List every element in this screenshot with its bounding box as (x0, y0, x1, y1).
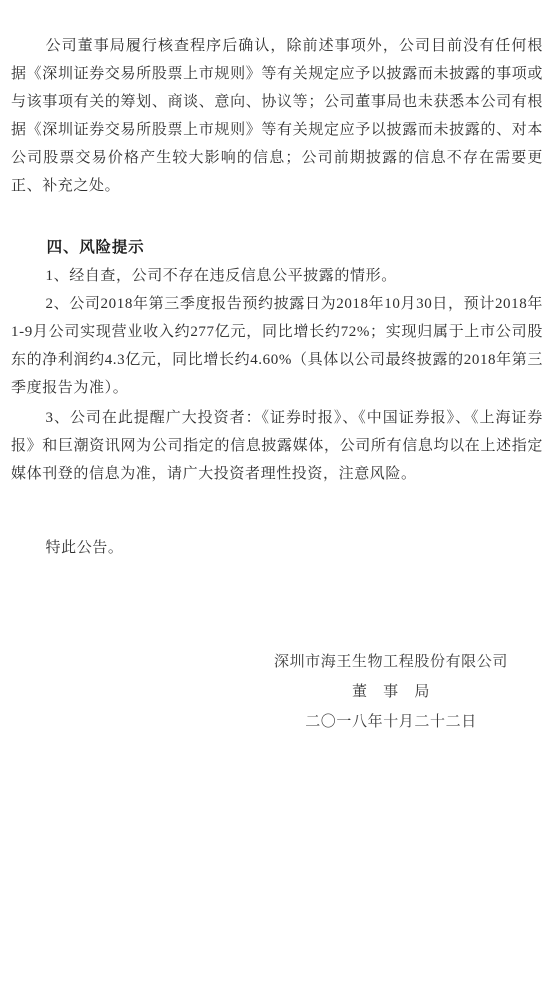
risk-item-3: 3、公司在此提醒广大投资者：《证券时报》、《中国证券报》、《上海证券报》和巨潮资… (11, 404, 543, 488)
signature-block: 深圳市海王生物工程股份有限公司 董 事 局 二〇一八年十月二十二日 (266, 647, 516, 737)
closing-statement: 特此公告。 (11, 534, 543, 562)
signature-board-name: 董 事 局 (266, 677, 516, 707)
risk-section-heading: 四、风险提示 (11, 234, 543, 262)
announcement-page: 公司董事局履行核查程序后确认，除前述事项外，公司目前没有任何根据《深圳证券交易所… (0, 0, 552, 1000)
signature-company-name: 深圳市海王生物工程股份有限公司 (266, 647, 516, 677)
risk-item-2: 2、公司2018年第三季度报告预约披露日为2018年10月30日，预计2018年… (11, 290, 543, 402)
signature-date: 二〇一八年十月二十二日 (266, 707, 516, 737)
risk-item-1: 1、经自查，公司不存在违反信息公平披露的情形。 (11, 262, 543, 290)
announcement-content: 公司董事局履行核查程序后确认，除前述事项外，公司目前没有任何根据《深圳证券交易所… (0, 0, 552, 737)
confirmation-paragraph: 公司董事局履行核查程序后确认，除前述事项外，公司目前没有任何根据《深圳证券交易所… (11, 32, 543, 200)
